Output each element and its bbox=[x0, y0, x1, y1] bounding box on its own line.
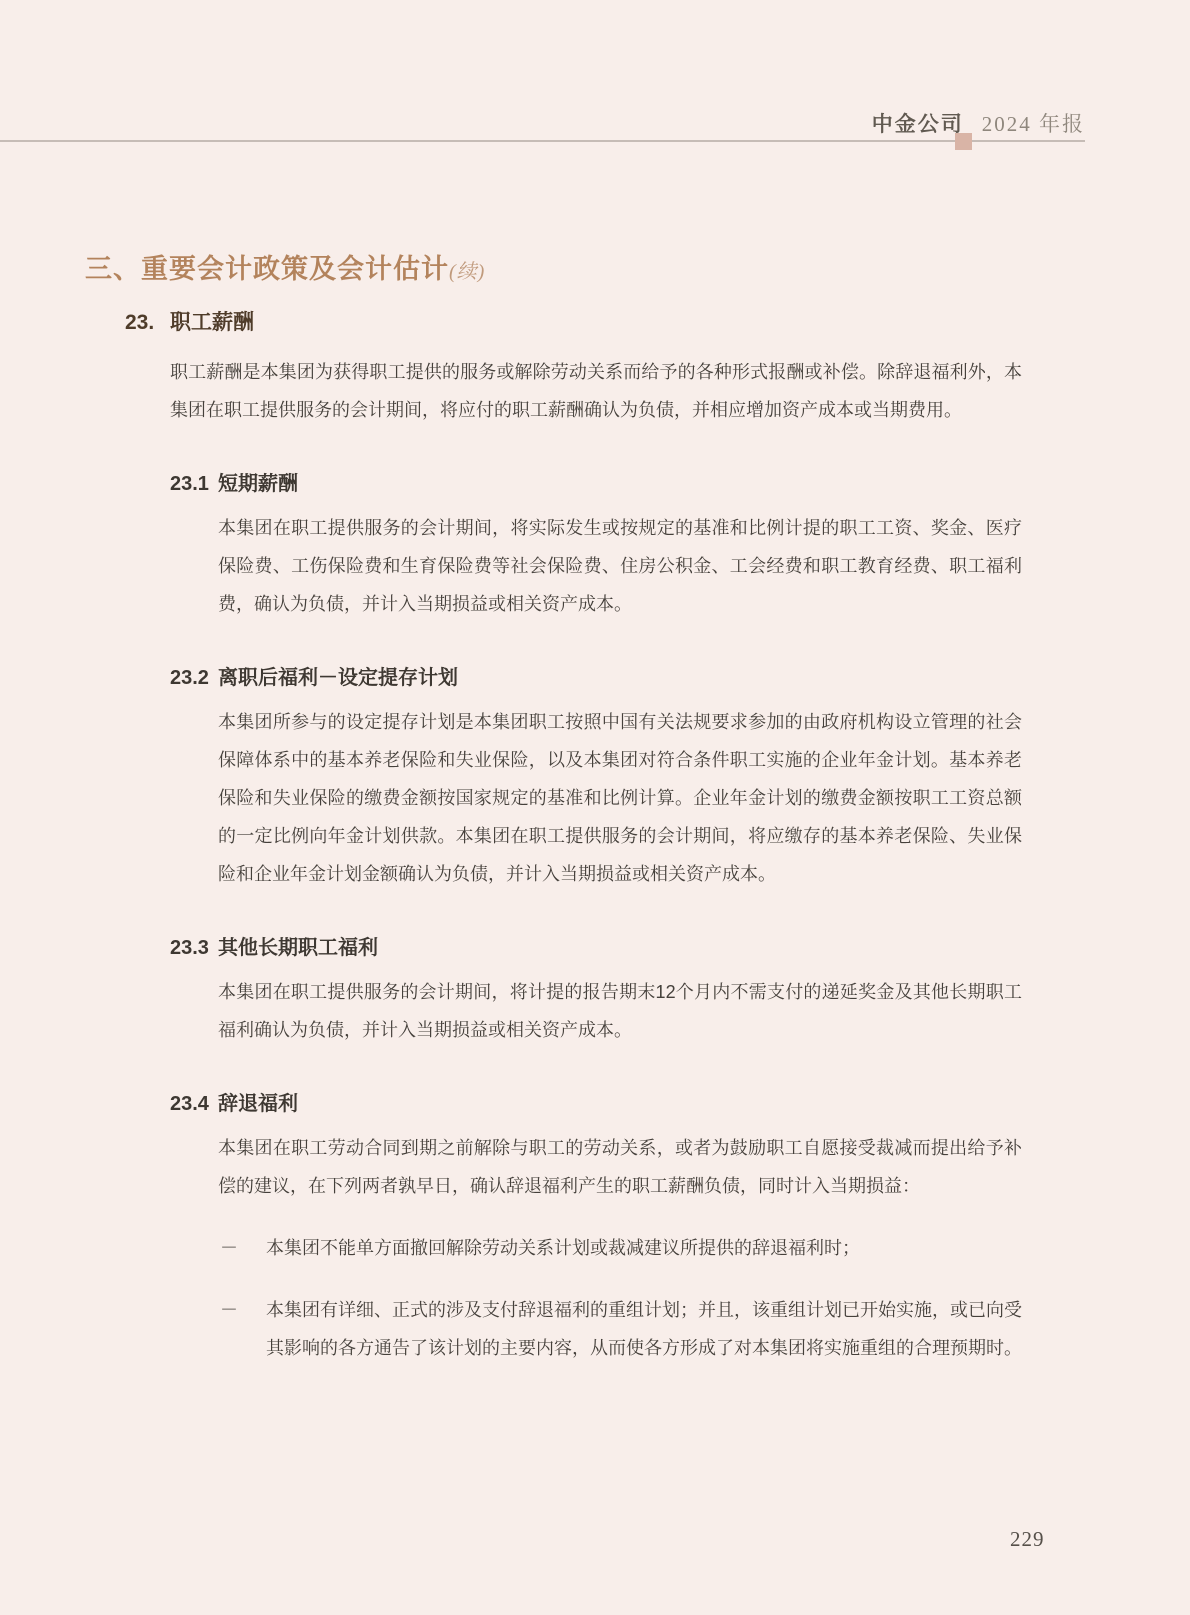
subsection-number: 23.2 bbox=[170, 665, 218, 691]
section-number: 23. bbox=[125, 309, 170, 337]
bullet-text: 本集团不能单方面撤回解除劳动关系计划或裁减建议所提供的辞退福利时； bbox=[266, 1229, 1022, 1267]
section-intro-paragraph: 职工薪酬是本集团为获得职工提供的服务或解除劳动关系而给予的各种形式报酬或补偿。除… bbox=[170, 353, 1022, 429]
company-name: 中金公司 bbox=[872, 112, 964, 136]
subsection-heading: 23.1短期薪酬 bbox=[170, 471, 1022, 497]
section-heading: 23.职工薪酬 bbox=[125, 309, 1022, 337]
subsection-heading: 23.2离职后福利－设定提存计划 bbox=[170, 665, 1022, 691]
page-number: 229 bbox=[1010, 1527, 1045, 1552]
subsection-paragraph: 本集团在职工提供服务的会计期间，将计提的报告期末12个月内不需支付的递延奖金及其… bbox=[218, 973, 1022, 1049]
subsection-title: 短期薪酬 bbox=[218, 473, 298, 495]
subsection-title: 其他长期职工福利 bbox=[218, 937, 378, 959]
subsection-title: 辞退福利 bbox=[218, 1093, 298, 1115]
subsection-23-3: 23.3其他长期职工福利 本集团在职工提供服务的会计期间，将计提的报告期末12个… bbox=[170, 935, 1022, 1049]
bullet-item: － 本集团有详细、正式的涉及支付辞退福利的重组计划；并且，该重组计划已开始实施，… bbox=[220, 1291, 1022, 1367]
subsection-title: 离职后福利－设定提存计划 bbox=[218, 667, 458, 689]
subsection-paragraph: 本集团在职工劳动合同到期之前解除与职工的劳动关系，或者为鼓励职工自愿接受裁减而提… bbox=[218, 1129, 1022, 1205]
bullet-item: － 本集团不能单方面撤回解除劳动关系计划或裁减建议所提供的辞退福利时； bbox=[220, 1229, 1022, 1267]
subsection-paragraph: 本集团在职工提供服务的会计期间，将实际发生或按规定的基准和比例计提的职工工资、奖… bbox=[218, 509, 1022, 623]
subsection-23-4: 23.4辞退福利 本集团在职工劳动合同到期之前解除与职工的劳动关系，或者为鼓励职… bbox=[170, 1091, 1022, 1367]
header-rule bbox=[0, 140, 1085, 142]
subsection-number: 23.3 bbox=[170, 935, 218, 961]
main-content: 三、重要会计政策及会计估计(续) 23.职工薪酬 职工薪酬是本集团为获得职工提供… bbox=[85, 252, 1022, 1367]
section-title: 职工薪酬 bbox=[170, 311, 254, 334]
header-square-ornament bbox=[955, 133, 972, 150]
subsection-heading: 23.4辞退福利 bbox=[170, 1091, 1022, 1117]
page-header: 中金公司2024 年报 bbox=[0, 108, 1085, 138]
subsection-23-1: 23.1短期薪酬 本集团在职工提供服务的会计期间，将实际发生或按规定的基准和比例… bbox=[170, 471, 1022, 623]
bullet-dash-marker: － bbox=[220, 1229, 266, 1267]
subsection-23-2: 23.2离职后福利－设定提存计划 本集团所参与的设定提存计划是本集团职工按照中国… bbox=[170, 665, 1022, 893]
bullet-text: 本集团有详细、正式的涉及支付辞退福利的重组计划；并且，该重组计划已开始实施，或已… bbox=[266, 1291, 1022, 1367]
chapter-heading: 三、重要会计政策及会计估计(续) bbox=[85, 252, 1022, 289]
subsection-heading: 23.3其他长期职工福利 bbox=[170, 935, 1022, 961]
subsection-number: 23.4 bbox=[170, 1091, 218, 1117]
chapter-title: 三、重要会计政策及会计估计 bbox=[85, 254, 449, 284]
subsection-number: 23.1 bbox=[170, 471, 218, 497]
report-edition: 2024 年报 bbox=[982, 112, 1085, 136]
bullet-dash-marker: － bbox=[220, 1291, 266, 1367]
subsection-paragraph: 本集团所参与的设定提存计划是本集团职工按照中国有关法规要求参加的由政府机构设立管… bbox=[218, 703, 1022, 893]
chapter-continued-suffix: (续) bbox=[449, 261, 485, 283]
